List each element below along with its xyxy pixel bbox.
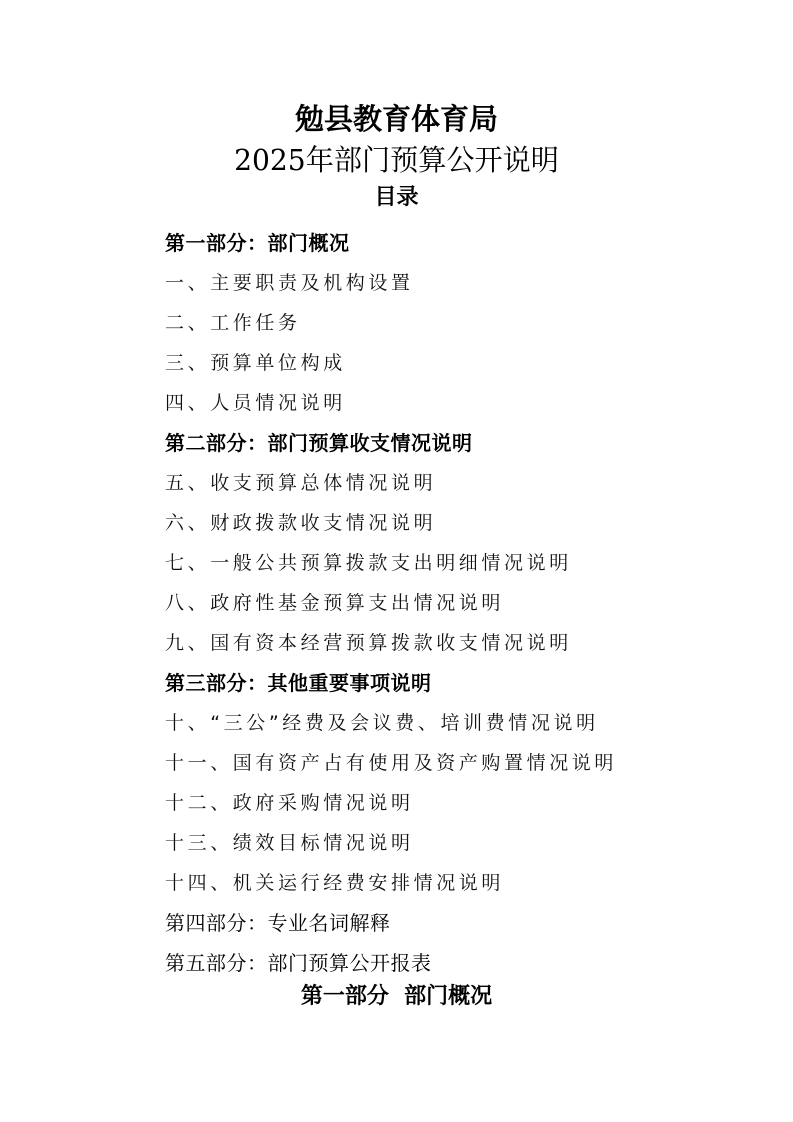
toc-item-1[interactable]: 一、主要职责及机构设置 — [165, 266, 725, 306]
toc-heading: 目录 — [0, 182, 793, 214]
toc-item-3[interactable]: 三、预算单位构成 — [165, 346, 725, 386]
toc-item-11[interactable]: 十一、国有资产占有使用及资产购置情况说明 — [165, 746, 725, 786]
toc-item-10[interactable]: 十、“三公”经费及会议费、培训费情况说明 — [165, 706, 725, 746]
document-title: 勉县教育体育局 — [0, 100, 793, 138]
toc-part-3[interactable]: 第三部分：其他重要事项说明 — [165, 666, 725, 706]
table-of-contents: 第一部分：部门概况 一、主要职责及机构设置 二、工作任务 三、预算单位构成 四、… — [165, 226, 725, 986]
toc-part-1[interactable]: 第一部分：部门概况 — [165, 226, 725, 266]
toc-item-6[interactable]: 六、财政拨款收支情况说明 — [165, 506, 725, 546]
toc-part-4[interactable]: 第四部分：专业名词解释 — [165, 906, 725, 946]
toc-item-5[interactable]: 五、收支预算总体情况说明 — [165, 466, 725, 506]
toc-item-14[interactable]: 十四、机关运行经费安排情况说明 — [165, 866, 725, 906]
toc-item-2[interactable]: 二、工作任务 — [165, 306, 725, 346]
toc-item-8[interactable]: 八、政府性基金预算支出情况说明 — [165, 586, 725, 626]
section-heading: 第一部分 部门概况 — [0, 980, 793, 1014]
toc-item-4[interactable]: 四、人员情况说明 — [165, 386, 725, 426]
toc-item-12[interactable]: 十二、政府采购情况说明 — [165, 786, 725, 826]
toc-item-9[interactable]: 九、国有资本经营预算拨款收支情况说明 — [165, 626, 725, 666]
document-subtitle: 2025年部门预算公开说明 — [12, 141, 781, 179]
toc-part-2[interactable]: 第二部分：部门预算收支情况说明 — [165, 426, 725, 466]
document-page: 勉县教育体育局 2025年部门预算公开说明 目录 第一部分：部门概况 一、主要职… — [0, 0, 793, 1122]
toc-item-13[interactable]: 十三、绩效目标情况说明 — [165, 826, 725, 866]
toc-item-7[interactable]: 七、一般公共预算拨款支出明细情况说明 — [165, 546, 725, 586]
